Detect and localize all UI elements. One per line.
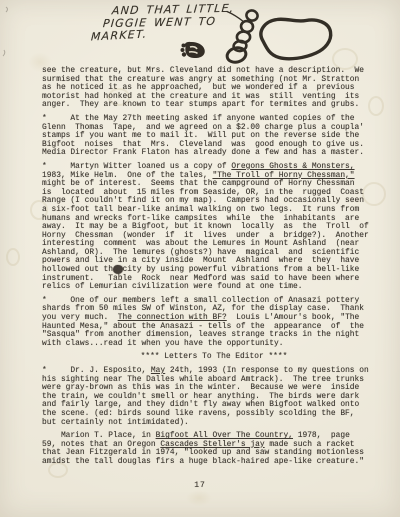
- paper-stain: [6, 248, 20, 266]
- page-number: 17: [0, 481, 400, 490]
- small-footprint-icon: [181, 42, 205, 58]
- text-line: **** Letters To The Editor ****: [48, 353, 380, 362]
- text-line: with claws...read it when you have the o…: [42, 340, 380, 349]
- text-segment: anger. They are known to tear stumps apa…: [42, 100, 359, 109]
- paragraph: * Dr. J. Esposito, May 24th, 1993 (In re…: [42, 367, 380, 427]
- text-line: relics of Lemurian civilization were fou…: [42, 283, 380, 292]
- letters-heading: **** Letters To The Editor ****: [42, 353, 380, 362]
- paragraph: see the creature, but Mrs. Cleveland did…: [42, 67, 380, 110]
- paper-mark: [3, 7, 8, 56]
- small-toe: [182, 52, 186, 56]
- text-segment: amidst the tall douglas firs a huge blac…: [42, 457, 364, 466]
- small-foot-sole: [185, 42, 205, 58]
- paragraph: * Martyn Witter loaned us a copy of Oreg…: [42, 163, 380, 292]
- text-line: anger. They are known to tear stumps apa…: [42, 101, 380, 110]
- text-segment: with claws...read it when you have the o…: [42, 339, 284, 348]
- text-segment: relics of Lemurian civilization were fou…: [42, 282, 302, 291]
- text-line: Media Director Frank Flaton has already …: [42, 149, 380, 158]
- paragraph: * At the May 27th meeting asked if anyon…: [42, 115, 380, 158]
- pointer-line: [227, 12, 244, 23]
- footprint-toe-rings: [226, 9, 259, 64]
- bigfoot-footprint-sketch: [0, 0, 400, 72]
- text-segment: but certainly not intimidated).: [42, 418, 189, 427]
- paragraph: Marion T. Place, in Bigfoot All Over The…: [42, 432, 380, 466]
- big-toe-ring: [226, 46, 248, 64]
- text-segment: Media Director Frank Flaton has already …: [42, 148, 364, 157]
- small-toe: [181, 48, 185, 52]
- paragraph: * One of our members left a small collec…: [42, 297, 380, 349]
- text-line: amidst the tall douglas firs a huge blac…: [42, 458, 380, 467]
- big-footprint-outline: [261, 19, 331, 59]
- scanned-page: AND THAT LITTLE, PIGGIE WENT TO MARKET. …: [0, 0, 400, 517]
- paper-stain: [186, 490, 212, 506]
- text-segment: **** Letters To The Editor ****: [141, 352, 288, 361]
- text-line: but certainly not intimidated).: [42, 419, 380, 428]
- newsletter-body: see the creature, but Mrs. Cleveland did…: [42, 67, 380, 472]
